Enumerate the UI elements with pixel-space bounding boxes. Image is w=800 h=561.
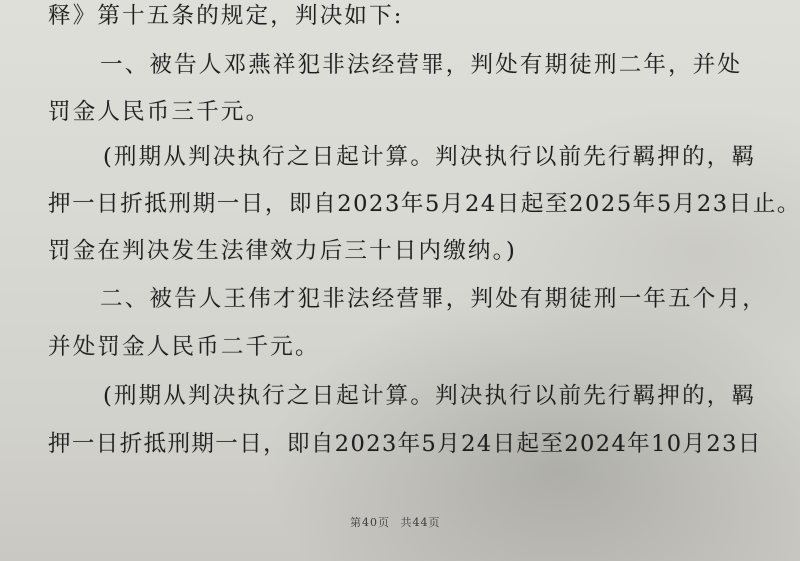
text-line-term-dates-1: 押一日折抵刑期一日，即自2023年5月24日起至2025年5月23日止。 (48, 193, 800, 216)
text-line-term-note-1: (刑期从判决执行之日起计算。判决执行以前先行羁押的，羁 (103, 146, 756, 169)
current-page-label: 第40页 (350, 516, 390, 529)
text-line-article-reference: 释》第十五条的规定，判决如下: (48, 5, 404, 28)
text-line-term-note-2: (刑期从判决执行之日起计算。判决执行以前先行羁押的，羁 (103, 385, 756, 408)
document-page: 释》第十五条的规定，判决如下: 一、被告人邓燕祥犯非法经营罪，判处有期徒刑二年，… (0, 0, 800, 561)
page-number-footer: 第40页 共44页 (350, 514, 447, 530)
text-line-fine-defendant-1: 罚金人民币三千元。 (48, 101, 270, 124)
text-line-verdict-defendant-2: 二、被告人王伟才犯非法经营罪，判处有期徒刑一年五个月， (100, 288, 767, 311)
text-line-term-dates-2: 押一日折抵刑期一日，即自2023年5月24日起至2024年10月23日 (48, 433, 762, 456)
total-pages-label: 共44页 (401, 516, 441, 529)
text-line-fine-payment-1: 罚金在判决发生法律效力后三十日内缴纳。) (48, 240, 517, 263)
text-line-fine-defendant-2: 并处罚金人民币二千元。 (48, 336, 320, 359)
text-line-verdict-defendant-1: 一、被告人邓燕祥犯非法经营罪，判处有期徒刑二年，并处 (100, 54, 742, 77)
